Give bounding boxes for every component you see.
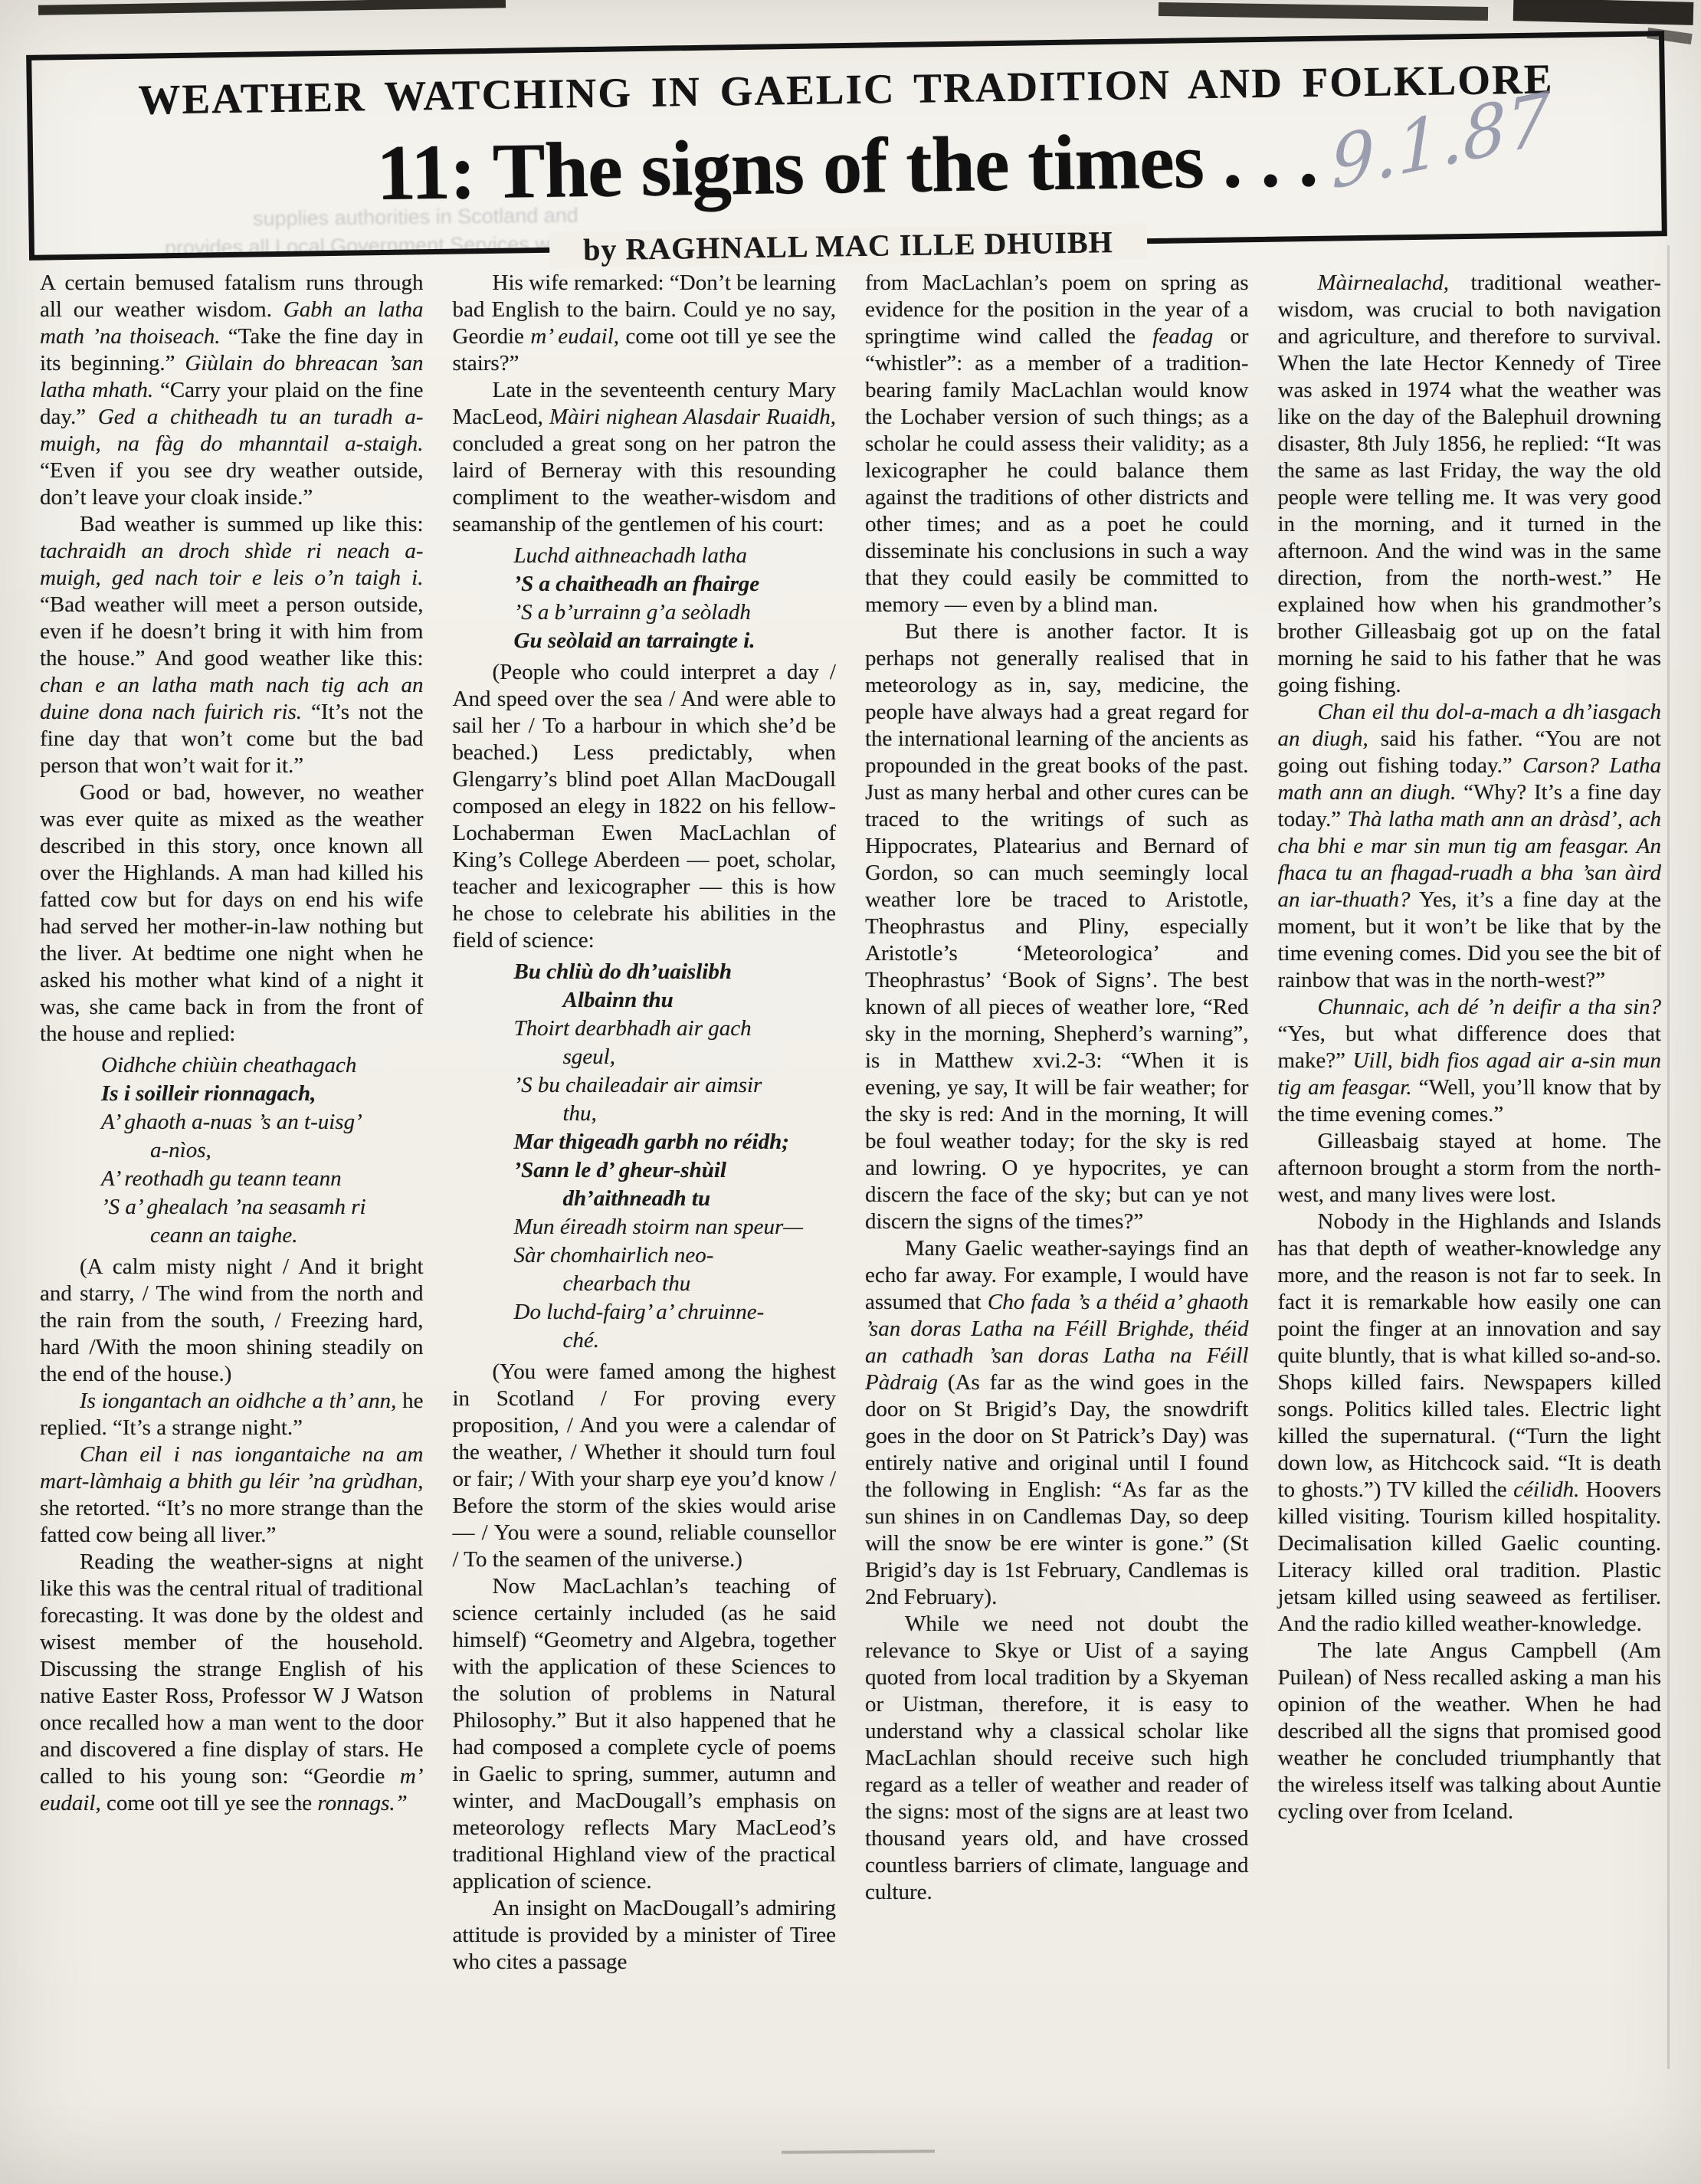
verse-line: A’ ghaoth a-nuas ’s an t-uisg’: [101, 1108, 424, 1136]
paragraph: His wife remarked: “Don’t be learning ba…: [453, 270, 837, 377]
verse-line: Thoirt dearbhadh air gach: [514, 1015, 837, 1043]
byline: by RAGHNALL MAC ILLE DHUIBH: [549, 223, 1147, 268]
scan-artifact-bottom: [782, 2150, 935, 2153]
paragraph: (A calm misty night / And it bright and …: [40, 1254, 424, 1388]
verse-line: Is i soilleir rionnagach,: [101, 1080, 424, 1108]
article-column-3: from MacLachlan’s poem on spring as evid…: [865, 270, 1249, 1976]
gaelic-phrase: tachraidh an droch shìde ri neach a-muig…: [40, 539, 424, 590]
verse-line: Oidhche chiùin cheathagach: [101, 1051, 424, 1080]
scan-artifact-top-right: [1159, 2, 1488, 21]
article-body: A certain bemused fatalism runs through …: [40, 270, 1661, 1976]
gaelic-phrase: Màirnealachd,: [1318, 271, 1450, 295]
verse-line: thu,: [514, 1100, 837, 1128]
text-run: “Even if you see dry weather outside, do…: [40, 458, 424, 510]
text-run: Nobody in the Highlands and Islands has …: [1278, 1209, 1662, 1502]
verse-line: Bu chliù do dh’uaislibh: [514, 958, 837, 986]
paragraph: Late in the seventeenth century Mary Mac…: [453, 377, 837, 538]
headline-box: WEATHER WATCHING IN GAELIC TRADITION AND…: [26, 31, 1667, 261]
verse-line: Do luchd-fairg’ a’ chruinne-: [514, 1298, 837, 1326]
gaelic-phrase: feadag: [1152, 324, 1213, 349]
title-row: 11: The signs of the times . . . 9.1.87: [33, 109, 1662, 223]
verse-line: A’ reothadh gu teann teann: [101, 1165, 424, 1193]
verse-line: Albainn thu: [514, 986, 837, 1015]
gaelic-phrase: Is iongantach an oidhche a th’ ann,: [80, 1389, 396, 1413]
paragraph: Good or bad, however, no weather was eve…: [40, 779, 424, 1048]
verse-line: ’S a chaitheadh an fhairge: [514, 570, 837, 598]
paragraph: Gilleasbaig stayed at home. The afternoo…: [1278, 1128, 1662, 1208]
paragraph: A certain bemused fatalism runs through …: [40, 270, 424, 511]
text-run: she retorted. “It’s no more strange than…: [40, 1496, 424, 1547]
verse-line: ceann an taighe.: [101, 1222, 424, 1250]
paragraph: The late Angus Campbell (Am Puilean) of …: [1278, 1638, 1662, 1825]
verse-line: Luchd aithneachadh latha: [514, 542, 837, 570]
paragraph: While we need not doubt the relevance to…: [865, 1611, 1249, 1906]
verse-line: sgeul,: [514, 1043, 837, 1071]
paragraph: (You were famed among the highest in Sco…: [453, 1359, 837, 1573]
text-run: Bad weather is summed up like this:: [80, 512, 424, 536]
verse: Oidhche chiùin cheathagachIs i soilleir …: [101, 1051, 424, 1250]
paragraph: Chan eil thu dol-a-mach a dh’iasgach an …: [1278, 699, 1662, 994]
text-run: Now MacLachlan’s teaching of science cer…: [453, 1574, 837, 1894]
verse-line: Mar thigeadh garbh no réidh;: [514, 1128, 837, 1156]
paragraph: Nobody in the Highlands and Islands has …: [1278, 1208, 1662, 1638]
scan-artifact-top-left: [38, 0, 506, 15]
text-run: While we need not doubt the relevance to…: [865, 1612, 1249, 1904]
text-run: An insight on MacDougall’s admiring atti…: [453, 1896, 837, 1974]
verse-line: ’Sann le d’ gheur-shùil: [514, 1156, 837, 1185]
article-column-2: His wife remarked: “Don’t be learning ba…: [453, 270, 837, 1976]
paragraph: (People who could interpret a day / And …: [453, 659, 837, 954]
verse-line: ’S a’ ghealach ’na seasamh ri: [101, 1193, 424, 1222]
verse-line: ’S a b’urrainn g’a seòladh: [514, 598, 837, 627]
paragraph: But there is another factor. It is perha…: [865, 618, 1249, 1235]
paragraph: Chan eil i nas iongantaiche na am mart-l…: [40, 1441, 424, 1549]
gaelic-phrase: Chunnaic, ach dé ’n deifir a tha sin?: [1318, 995, 1662, 1019]
text-run: The late Angus Campbell (Am Puilean) of …: [1278, 1638, 1662, 1824]
paragraph: An insight on MacDougall’s admiring atti…: [453, 1895, 837, 1976]
paragraph: Many Gaelic weather-sayings find an echo…: [865, 1235, 1249, 1611]
newspaper-clipping: supplies authorities in Scotland and pro…: [0, 0, 1701, 2184]
gaelic-phrase: m’ eudail,: [530, 324, 619, 349]
text-run: Gilleasbaig stayed at home. The afternoo…: [1278, 1129, 1662, 1207]
gaelic-phrase: ronnags.”: [317, 1791, 407, 1815]
text-run: come oot till ye see the: [101, 1791, 318, 1815]
text-run: traditional weather-wisdom, was crucial …: [1278, 271, 1662, 697]
verse-line: ’S bu chaileadair air aimsir: [514, 1071, 837, 1100]
text-run: (A calm misty night / And it bright and …: [40, 1254, 424, 1386]
paragraph: Is iongantach an oidhche a th’ ann, he r…: [40, 1388, 424, 1441]
verse-line: chearbach thu: [514, 1270, 837, 1298]
article-column-4: Màirnealachd, traditional weather-wisdom…: [1278, 270, 1662, 1976]
text-run: (People who could interpret a day / And …: [453, 660, 837, 953]
text-run: Good or bad, however, no weather was eve…: [40, 780, 424, 1046]
verse-line: Sàr chomhairlich neo-: [514, 1241, 837, 1270]
text-run: Reading the weather-signs at night like …: [40, 1549, 424, 1789]
paragraph: Màirnealachd, traditional weather-wisdom…: [1278, 270, 1662, 699]
verse-line: ché.: [514, 1326, 837, 1355]
text-run: or “whistler”: as a member of a traditio…: [865, 324, 1249, 617]
gaelic-phrase: Chan eil i nas iongantaiche na am mart-l…: [40, 1442, 424, 1494]
gaelic-phrase: Ged a chitheadh tu an turadh a-muigh, na…: [40, 405, 424, 456]
paragraph: Reading the weather-signs at night like …: [40, 1549, 424, 1817]
verse: Luchd aithneachadh latha’S a chaitheadh …: [514, 542, 837, 655]
paragraph: Bad weather is summed up like this: tach…: [40, 511, 424, 779]
verse-line: a-nìos,: [101, 1136, 424, 1165]
article-column-1: A certain bemused fatalism runs through …: [40, 270, 424, 1976]
paragraph: from MacLachlan’s poem on spring as evid…: [865, 270, 1249, 618]
article-title: 11: The signs of the times . . .: [376, 116, 1318, 217]
paragraph: Chunnaic, ach dé ’n deifir a tha sin? “Y…: [1278, 994, 1662, 1128]
text-run: (You were famed among the highest in Sco…: [453, 1359, 837, 1572]
verse-line: dh’aithneadh tu: [514, 1185, 837, 1213]
scan-artifact-top-right-corner: [1513, 0, 1694, 25]
paragraph: Now MacLachlan’s teaching of science cer…: [453, 1573, 837, 1895]
text-run: But there is another factor. It is perha…: [865, 619, 1249, 1234]
text-run: (As far as the wind goes in the door on …: [865, 1370, 1249, 1609]
gaelic-phrase: Màiri nighean Alasdair Ruaidh,: [549, 405, 836, 429]
fold-line: [1667, 245, 1670, 2069]
text-run: “Bad weather will meet a person outside,…: [40, 592, 424, 671]
verse-line: Gu seòlaid an tarraingte i.: [514, 627, 837, 655]
text-run: concluded a great song on her patron the…: [453, 431, 837, 536]
gaelic-phrase: céilidh.: [1513, 1477, 1579, 1502]
verse-line: Mun éireadh stoirm nan speur—: [514, 1213, 837, 1241]
verse: Bu chliù do dh’uaislibhAlbainn thuThoirt…: [514, 958, 837, 1355]
